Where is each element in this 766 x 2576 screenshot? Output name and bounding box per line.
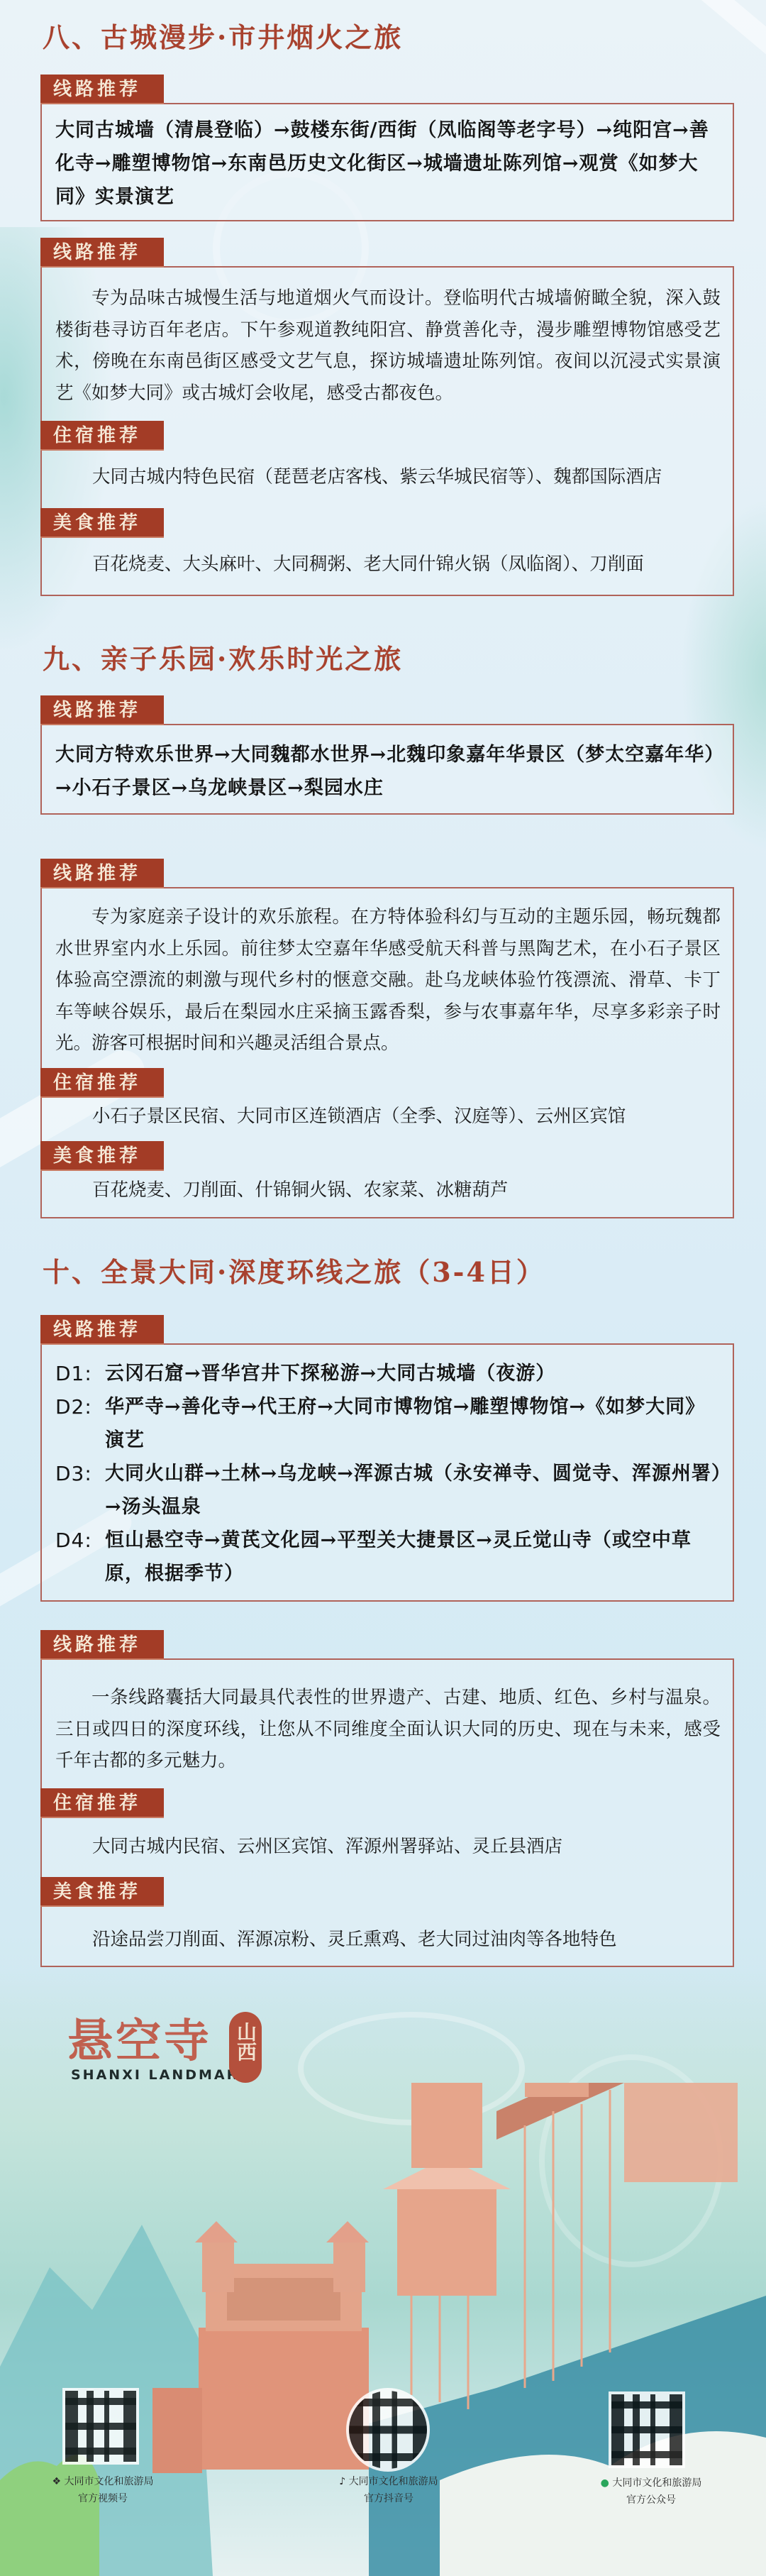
- section-9-lodging-text: 小石子景区民宿、大同市区连锁酒店（全季、汉庭等）、云州区宾馆: [92, 1102, 731, 1130]
- day-route: 华严寺→善化寺→代王府→大同市博物馆→雕塑博物馆→《如梦大同》演艺: [105, 1390, 725, 1457]
- section-8-route-tag: 线路推荐: [40, 75, 164, 104]
- qr-account: 官方公众号: [580, 2492, 722, 2509]
- day-label: D3:: [55, 1457, 105, 1524]
- day-item-d2: D2: 华严寺→善化寺→代王府→大同市博物馆→雕塑博物馆→《如梦大同》演艺: [55, 1390, 725, 1457]
- day-item-d3: D3: 大同火山群→土林→乌龙峡→浑源古城（永安禅寺、圆觉寺、浑源州署）→汤头温…: [55, 1457, 725, 1524]
- qr-caption-video-channel: ❖ 大同市文化和旅游局 官方视频号: [32, 2473, 174, 2507]
- section-8-description: 专为品味古城慢生活与地道烟火气而设计。登临明代古城墙俯瞰全貌，深入鼓楼街巷寻访百…: [55, 282, 721, 409]
- qr-code-wechat[interactable]: [609, 2391, 685, 2468]
- section-8-lodging-text: 大同古城内特色民宿（琵琶老店客栈、紫云华城民宿等）、魏都国际酒店: [92, 463, 731, 491]
- section-9-description-tag: 线路推荐: [40, 859, 164, 888]
- seal-text: 山西: [233, 2022, 257, 2062]
- day-route: 云冈石窟→晋华宫井下探秘游→大同古城墙（夜游）: [105, 1357, 725, 1390]
- section-10-description: 一条线路囊括大同最具代表性的世界遗产、古建、地质、红色、乡村与温泉。三日或四日的…: [55, 1682, 721, 1777]
- section-8-lodging-tag: 住宿推荐: [40, 421, 164, 451]
- qr-caption-douyin: ♪ 大同市文化和旅游局 官方抖音号: [318, 2473, 460, 2507]
- section-10-food-text: 沿途品尝刀削面、浑源凉粉、灵丘熏鸡、老大同过油肉等各地特色: [92, 1925, 731, 1954]
- section-8-description-tag: 线路推荐: [40, 238, 164, 268]
- section-10-route-tag: 线路推荐: [40, 1315, 164, 1345]
- section-8-food-tag: 美食推荐: [40, 508, 164, 538]
- section-10-food-tag: 美食推荐: [40, 1877, 164, 1907]
- day-label: D1:: [55, 1357, 105, 1390]
- qr-org: 大同市文化和旅游局: [612, 2477, 701, 2489]
- section-8-title: 八、古城漫步·市井烟火之旅: [43, 16, 403, 55]
- qr-caption-wechat: ● 大同市文化和旅游局 官方公众号: [580, 2475, 722, 2509]
- day-label: D4:: [55, 1524, 105, 1590]
- cloud-swirl: [539, 2054, 723, 2267]
- qr-org: 大同市文化和旅游局: [349, 2476, 438, 2487]
- day-label: D2:: [55, 1390, 105, 1457]
- landmark-title: 悬空寺: [67, 2005, 212, 2070]
- section-10-description-tag: 线路推荐: [40, 1630, 164, 1660]
- landmark-subtitle: SHANXI LANDMARK: [71, 2067, 252, 2083]
- qr-code-douyin[interactable]: [346, 2388, 430, 2472]
- day-item-d4: D4: 恒山悬空寺→黄芪文化园→平型关大捷景区→灵丘觉山寺（或空中草原，根据季节…: [55, 1524, 725, 1590]
- section-9-food-text: 百花烧麦、刀削面、什锦铜火锅、农家菜、冰糖葫芦: [92, 1176, 731, 1204]
- day-route: 大同火山群→土林→乌龙峡→浑源古城（永安禅寺、圆觉寺、浑源州署）→汤头温泉: [105, 1457, 725, 1524]
- section-10-lodging-tag: 住宿推荐: [40, 1788, 164, 1818]
- wechat-icon: ●: [601, 2477, 613, 2489]
- qr-org: 大同市文化和旅游局: [65, 2476, 154, 2487]
- section-9-route-text: 大同方特欢乐世界→大同魏都水世界→北魏印象嘉年华景区（梦太空嘉年华）→小石子景区…: [55, 738, 725, 805]
- video-channel-icon: ❖: [52, 2476, 64, 2487]
- section-9-description: 专为家庭亲子设计的欢乐旅程。在方特体验科幻与互动的主题乐园，畅玩魏都水世界室内水…: [55, 901, 721, 1059]
- section-9-route-tag: 线路推荐: [40, 695, 164, 725]
- section-9-lodging-tag: 住宿推荐: [40, 1068, 164, 1098]
- douyin-icon: ♪: [339, 2476, 348, 2487]
- section-8-route-text: 大同古城墙（清晨登临）→鼓楼东街/西街（凤临阁等老字号）→纯阳宫→善化寺→雕塑博…: [55, 114, 725, 214]
- section-10-day-list: D1: 云冈石窟→晋华宫井下探秘游→大同古城墙（夜游） D2: 华严寺→善化寺→…: [55, 1357, 725, 1590]
- qr-code-video-channel[interactable]: [62, 2388, 139, 2465]
- day-item-d1: D1: 云冈石窟→晋华宫井下探秘游→大同古城墙（夜游）: [55, 1357, 725, 1390]
- background-streak: [670, 0, 766, 65]
- section-10-lodging-text: 大同古城内民宿、云州区宾馆、浑源州署驿站、灵丘县酒店: [92, 1832, 731, 1861]
- shanxi-seal: 山西: [229, 2012, 262, 2083]
- section-9-title: 九、亲子乐园·欢乐时光之旅: [43, 637, 403, 676]
- cloud-swirl: [298, 2012, 525, 2125]
- hanging-temple-illustration: 悬空寺 SHANXI LANDMARK 山西: [0, 1969, 766, 2576]
- section-9-food-tag: 美食推荐: [40, 1141, 164, 1171]
- section-8-food-text: 百花烧麦、大头麻叶、大同稠粥、老大同什锦火锅（凤临阁）、刀削面: [92, 550, 731, 578]
- day-route: 恒山悬空寺→黄芪文化园→平型关大捷景区→灵丘觉山寺（或空中草原，根据季节）: [105, 1524, 725, 1590]
- qr-account: 官方视频号: [32, 2490, 174, 2507]
- qr-account: 官方抖音号: [318, 2490, 460, 2507]
- section-10-title: 十、全景大同·深度环线之旅（3-4日）: [43, 1250, 545, 1289]
